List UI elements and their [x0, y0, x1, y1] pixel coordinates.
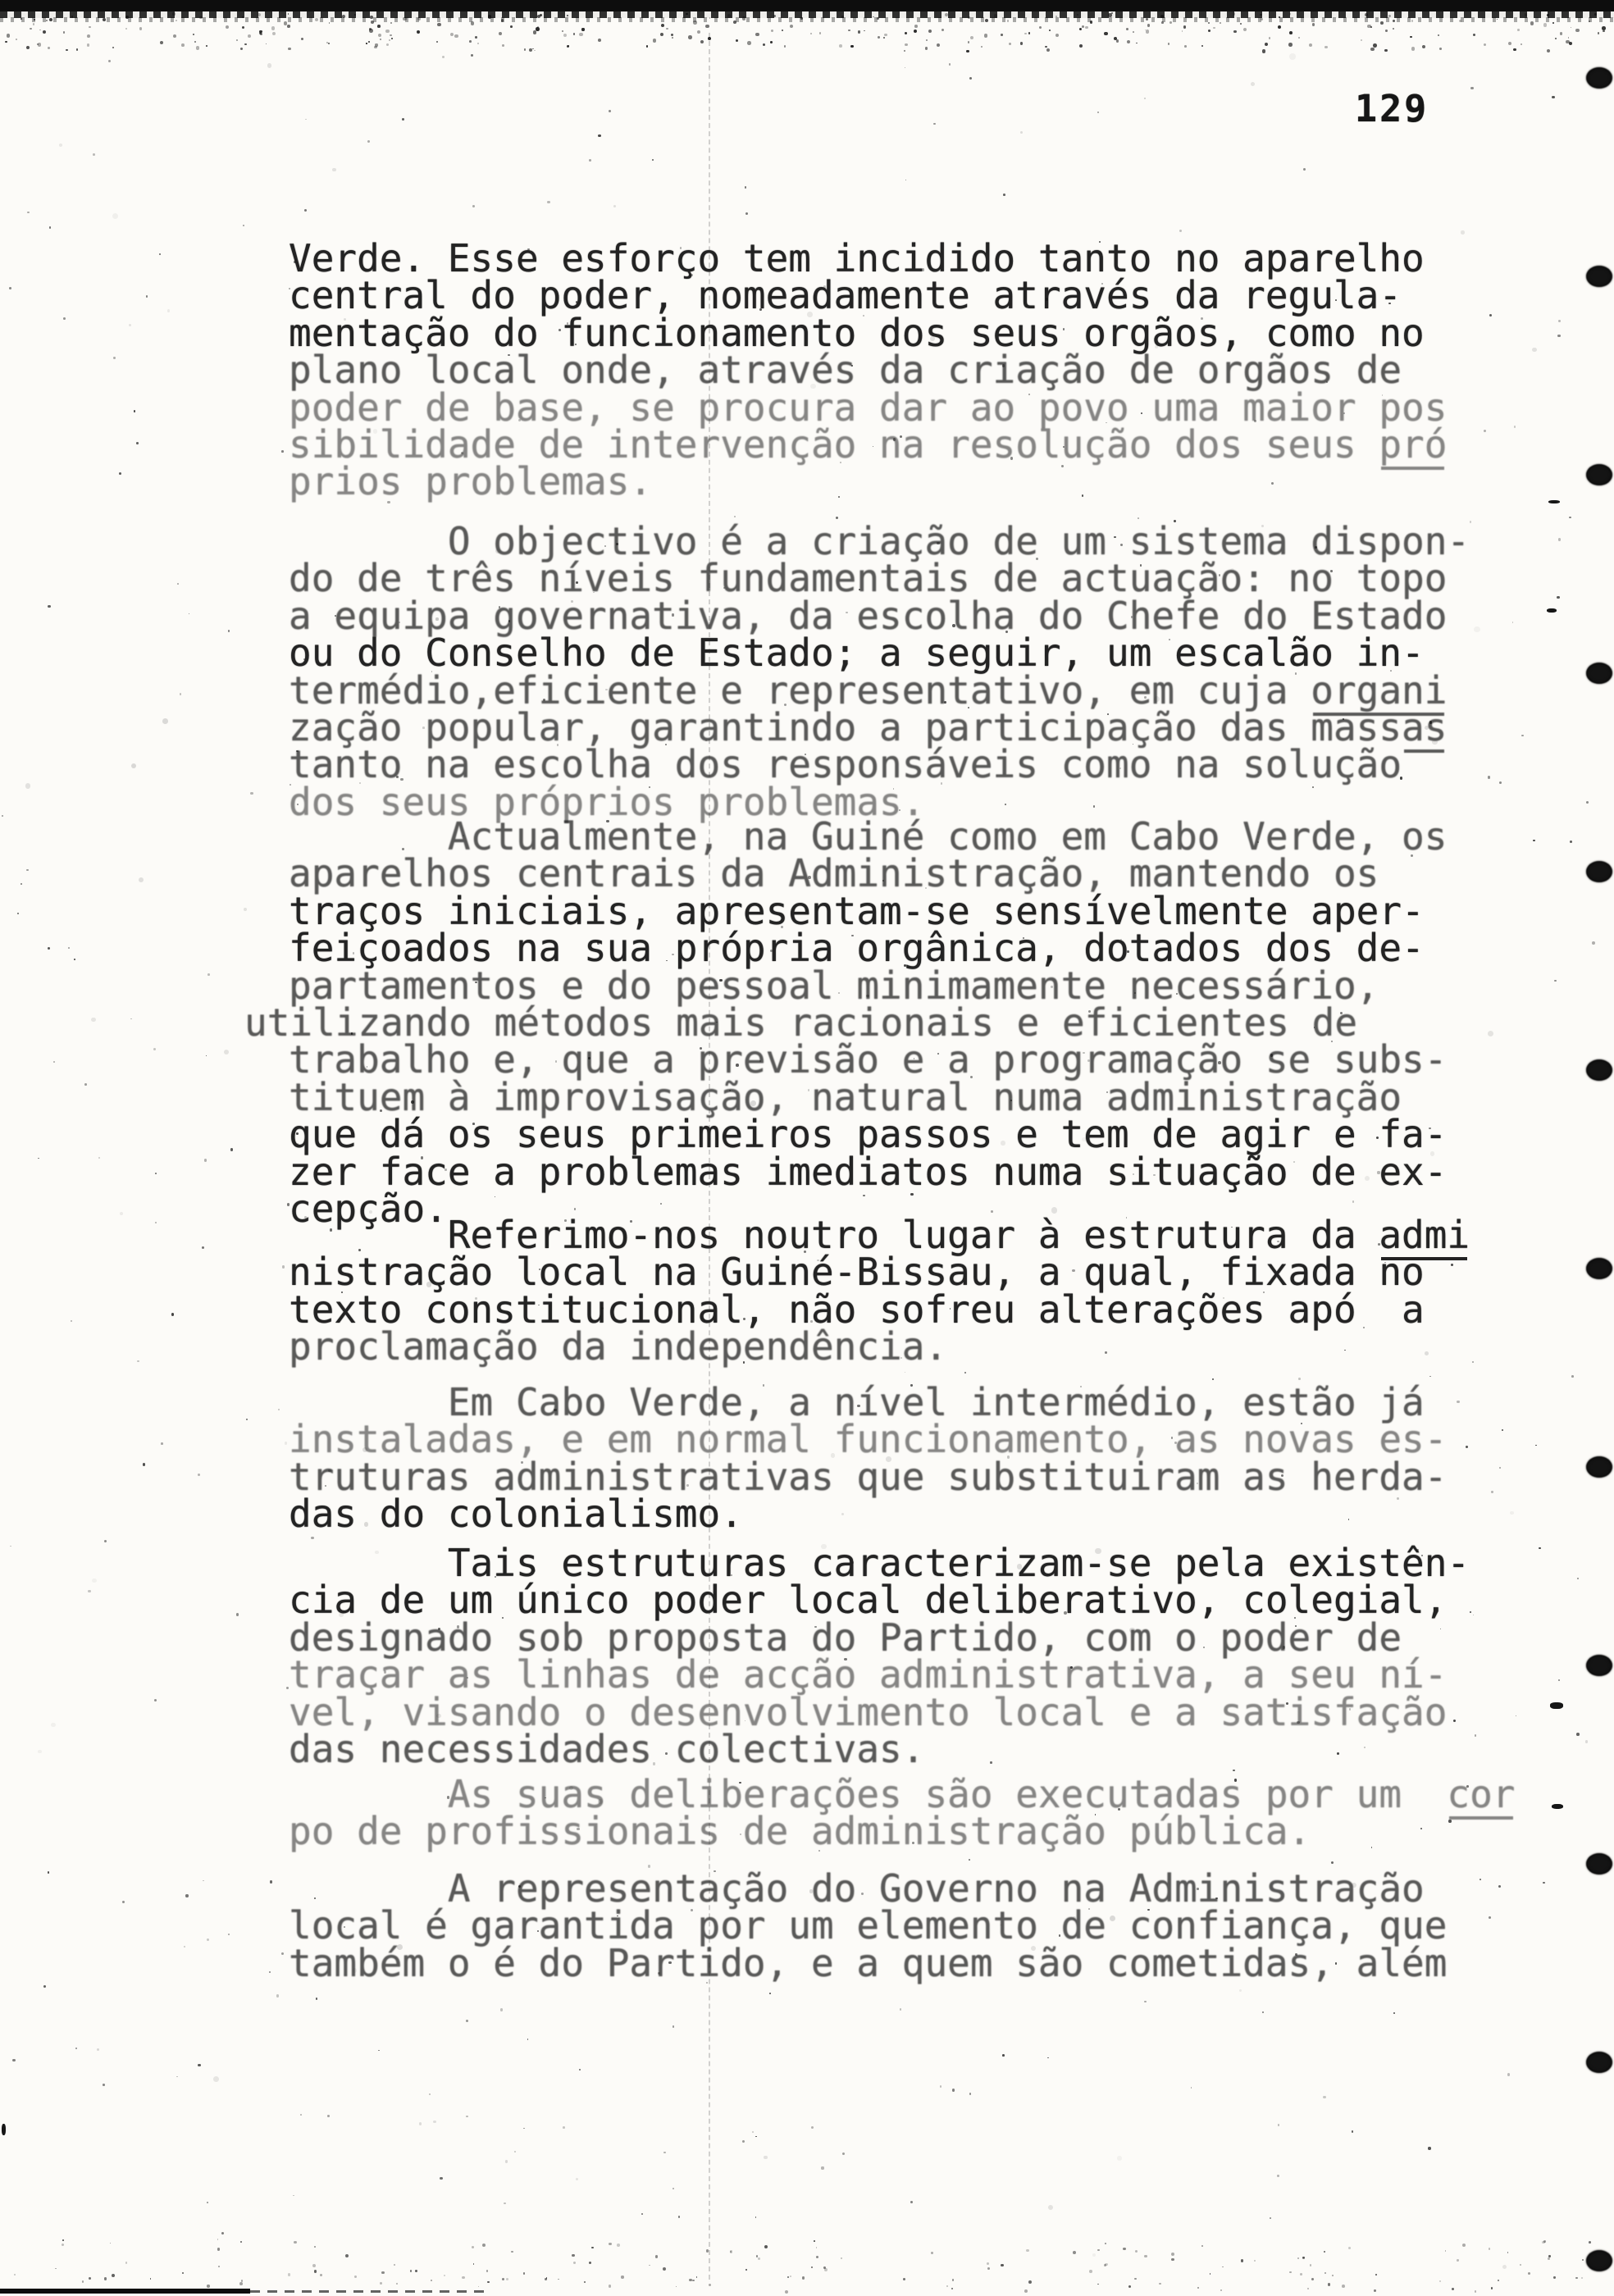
binding-hole-mark — [1586, 663, 1612, 684]
noise-speck — [463, 1305, 466, 1308]
noise-speck — [1352, 1883, 1356, 1888]
typed-line: das necessidades colectivas. — [289, 1731, 1470, 1768]
noise-speck — [653, 39, 656, 42]
noise-speck — [1270, 1054, 1274, 1057]
noise-speck — [1475, 2290, 1477, 2293]
noise-speck — [171, 1313, 174, 1315]
noise-speck — [1120, 939, 1122, 941]
noise-speck — [87, 43, 90, 47]
noise-speck — [759, 308, 762, 311]
noise-speck — [472, 2246, 474, 2248]
noise-speck — [844, 1658, 846, 1660]
noise-speck — [217, 2248, 220, 2250]
noise-speck — [1105, 2243, 1106, 2244]
noise-speck — [1073, 2251, 1076, 2254]
noise-speck — [910, 2201, 913, 2203]
noise-speck — [1171, 2258, 1174, 2261]
noise-speck — [1499, 781, 1502, 784]
binding-hole-mark — [1586, 1853, 1612, 1875]
noise-speck — [886, 1456, 891, 1462]
paragraph: O objectivo é a criação de um sistema di… — [289, 523, 1470, 821]
noise-speck — [1380, 21, 1384, 25]
noise-speck — [1566, 40, 1569, 43]
noise-speck — [810, 1320, 813, 1323]
noise-speck — [893, 438, 896, 440]
typed-line: das do colonialismo. — [289, 1496, 1447, 1533]
typed-line: vel, visando o desenvolvimento local e a… — [289, 1694, 1470, 1731]
noise-speck — [1088, 1908, 1090, 1910]
noise-speck — [1183, 25, 1187, 29]
noise-speck — [180, 2289, 182, 2292]
noise-speck — [617, 2244, 620, 2247]
noise-speck — [48, 1871, 49, 1873]
typed-line: truturas administrativas que substituira… — [289, 1459, 1447, 1496]
noise-speck — [122, 1901, 125, 1903]
noise-speck — [1117, 1608, 1119, 1610]
noise-speck — [808, 876, 811, 879]
noise-speck — [1552, 96, 1554, 98]
noise-speck — [435, 617, 438, 620]
noise-speck — [1168, 43, 1169, 44]
noise-speck — [1547, 14, 1549, 16]
noise-speck — [497, 1164, 499, 1166]
noise-speck — [841, 16, 844, 18]
noise-speck — [689, 2279, 692, 2282]
noise-speck — [877, 17, 879, 20]
noise-speck — [1324, 46, 1327, 48]
noise-speck — [984, 34, 987, 37]
noise-speck — [663, 2152, 665, 2153]
noise-speck — [1105, 2263, 1108, 2266]
noise-speck — [437, 23, 440, 26]
noise-speck — [1128, 2285, 1131, 2288]
noise-speck — [758, 2257, 760, 2260]
noise-speck — [12, 2059, 16, 2062]
noise-speck — [567, 15, 568, 16]
typed-line: poder de base, se procura dar ao povo um… — [289, 389, 1447, 426]
noise-speck — [475, 1297, 477, 1300]
noise-speck — [1439, 48, 1442, 50]
noise-speck — [353, 952, 354, 954]
noise-speck — [339, 1613, 344, 1618]
noise-speck — [499, 606, 501, 608]
noise-speck — [26, 869, 29, 872]
noise-speck — [1429, 1127, 1430, 1129]
typed-line: a equipa governativa, da escolha do Chef… — [289, 598, 1470, 635]
noise-speck — [1283, 1646, 1285, 1648]
noise-speck — [199, 16, 202, 19]
typed-line: O objectivo é a criação de um sistema di… — [289, 523, 1470, 560]
noise-speck — [878, 36, 880, 39]
noise-speck — [1289, 2271, 1291, 2273]
noise-speck — [1311, 2278, 1314, 2280]
noise-speck — [366, 43, 367, 44]
noise-speck — [161, 1442, 163, 1445]
noise-speck — [1470, 521, 1471, 522]
noise-speck — [82, 2280, 84, 2282]
noise-speck — [559, 329, 561, 331]
noise-speck — [92, 1578, 96, 1583]
noise-speck — [1323, 2096, 1326, 2099]
noise-speck — [258, 13, 261, 16]
noise-speck — [556, 1591, 559, 1594]
typed-line: utilizando métodos mais racionais e efic… — [244, 1004, 1447, 1041]
noise-speck — [1239, 1989, 1242, 1992]
noise-speck — [93, 153, 95, 156]
noise-speck — [38, 1750, 42, 1754]
noise-speck — [969, 1859, 970, 1861]
noise-speck — [1521, 43, 1522, 45]
noise-speck — [103, 2084, 104, 2085]
binding-hole-mark — [1586, 1258, 1612, 1279]
noise-speck — [863, 1195, 865, 1197]
noise-speck — [511, 2251, 513, 2253]
noise-speck — [573, 2262, 576, 2264]
binding-hole-mark — [1586, 861, 1612, 882]
noise-speck — [990, 1761, 992, 1763]
noise-speck — [805, 754, 806, 755]
noise-speck — [533, 1569, 536, 1572]
noise-speck — [1326, 381, 1328, 383]
typed-line: local é garantida por um elemento de con… — [289, 1907, 1447, 1944]
noise-speck — [839, 44, 842, 48]
noise-speck — [567, 322, 568, 324]
noise-speck — [829, 1573, 831, 1574]
noise-speck — [1174, 1442, 1177, 1444]
typed-line: Em Cabo Verde, a nível intermédio, estão… — [289, 1384, 1447, 1421]
noise-speck — [236, 1613, 239, 1616]
noise-speck — [1220, 22, 1221, 24]
noise-speck — [1378, 1243, 1380, 1246]
noise-speck — [1342, 2285, 1345, 2288]
noise-speck — [461, 452, 463, 454]
noise-speck — [964, 1372, 966, 1373]
noise-speck — [1576, 1733, 1580, 1736]
noise-speck — [1439, 2280, 1441, 2282]
noise-speck — [1007, 20, 1009, 21]
typed-line: aparelhos centrais da Administração, man… — [289, 855, 1447, 892]
scanned-page: 129 Verde. Esse esforço tem incidido tan… — [0, 0, 1614, 2296]
noise-speck — [770, 950, 773, 952]
noise-speck — [1428, 2147, 1430, 2149]
crease-line — [709, 33, 710, 2280]
ink-speck — [2, 2124, 6, 2135]
noise-speck — [440, 2177, 442, 2180]
noise-speck — [945, 13, 948, 16]
noise-speck — [506, 2278, 508, 2280]
noise-speck — [1138, 517, 1139, 519]
noise-speck — [1002, 2054, 1005, 2057]
noise-speck — [241, 2280, 243, 2281]
noise-speck — [966, 50, 969, 53]
noise-speck — [584, 2281, 586, 2283]
noise-speck — [1303, 168, 1306, 171]
ink-speck — [1548, 500, 1560, 503]
noise-speck — [970, 1076, 973, 1078]
noise-speck — [1598, 32, 1600, 34]
noise-speck — [240, 2241, 242, 2243]
binding-hole-mark — [1586, 67, 1612, 89]
noise-speck — [153, 1048, 156, 1050]
noise-speck — [858, 30, 860, 33]
noise-speck — [1046, 298, 1049, 301]
noise-speck — [1461, 230, 1464, 234]
noise-speck — [1116, 39, 1119, 42]
noise-speck — [1340, 1012, 1343, 1014]
noise-speck — [287, 25, 290, 28]
noise-speck — [189, 613, 190, 615]
noise-speck — [1055, 16, 1057, 17]
noise-speck — [1390, 670, 1392, 672]
noise-speck — [1432, 740, 1438, 745]
noise-speck — [68, 947, 70, 949]
noise-speck — [30, 28, 31, 30]
noise-speck — [562, 30, 563, 32]
noise-speck — [1502, 2265, 1507, 2269]
underlined-text: cor — [1447, 1772, 1515, 1816]
noise-speck — [1543, 2240, 1546, 2243]
noise-speck — [663, 2267, 666, 2271]
noise-speck — [1135, 2250, 1138, 2253]
noise-speck — [579, 2069, 581, 2070]
noise-speck — [1553, 2276, 1555, 2278]
noise-speck — [410, 2270, 413, 2272]
noise-speck — [1377, 1171, 1379, 1173]
noise-speck — [752, 2131, 754, 2133]
noise-speck — [139, 877, 144, 882]
typed-line: As suas deliberações são executadas por … — [289, 1776, 1516, 1813]
noise-speck — [1513, 48, 1516, 52]
typed-line: também o é do Partido, e a quem são come… — [289, 1945, 1447, 1982]
noise-speck — [330, 1228, 332, 1231]
typed-line: tanto na escolha dos responsáveis como n… — [289, 746, 1470, 783]
noise-speck — [380, 2282, 382, 2285]
noise-speck — [66, 49, 67, 51]
noise-speck — [899, 809, 900, 811]
noise-speck — [362, 1928, 363, 1929]
noise-speck — [1474, 626, 1479, 632]
noise-speck — [1154, 696, 1160, 702]
noise-speck — [1201, 317, 1203, 320]
noise-speck — [1001, 34, 1002, 35]
typed-line: texto constitucional, não sofreu alteraç… — [289, 1291, 1470, 1328]
typed-line: feiçoados na sua própria orgânica, dotad… — [289, 930, 1447, 967]
noise-speck — [267, 63, 272, 68]
noise-speck — [655, 2255, 659, 2258]
noise-speck — [1539, 1547, 1540, 1549]
noise-speck — [925, 47, 928, 49]
noise-speck — [1310, 2264, 1311, 2266]
noise-speck — [621, 2275, 623, 2278]
noise-speck — [422, 727, 425, 729]
noise-speck — [1429, 721, 1433, 724]
noise-speck — [1010, 1100, 1012, 1101]
noise-speck — [1197, 1483, 1198, 1484]
noise-speck — [33, 23, 34, 25]
noise-speck — [1557, 596, 1559, 599]
noise-speck — [1161, 21, 1164, 24]
noise-speck — [1263, 1291, 1265, 1293]
noise-speck — [76, 48, 78, 50]
noise-speck — [417, 17, 421, 20]
noise-speck — [810, 384, 815, 389]
noise-speck — [723, 587, 725, 589]
scan-edge-bottom — [0, 2289, 250, 2294]
noise-speck — [1603, 30, 1605, 33]
noise-speck — [297, 804, 299, 805]
noise-speck — [1475, 1734, 1477, 1737]
noise-speck — [1039, 26, 1042, 29]
noise-speck — [1532, 348, 1537, 353]
noise-speck — [658, 1972, 660, 1975]
typed-line: Tais estruturas caracterizam-se pela exi… — [289, 1545, 1470, 1582]
noise-speck — [1201, 2245, 1203, 2247]
noise-speck — [1001, 1141, 1005, 1146]
noise-speck — [160, 41, 163, 44]
noise-speck — [1335, 299, 1337, 301]
noise-speck — [380, 39, 381, 40]
noise-speck — [970, 36, 973, 39]
noise-speck — [671, 34, 673, 36]
noise-speck — [198, 2064, 200, 2066]
noise-speck — [143, 1463, 145, 1465]
noise-speck — [387, 501, 390, 504]
noise-speck — [250, 792, 253, 795]
noise-speck — [1059, 1934, 1061, 1937]
noise-speck — [16, 39, 17, 40]
noise-speck — [1530, 21, 1534, 25]
noise-speck — [271, 26, 275, 30]
noise-speck — [230, 1148, 233, 1150]
noise-speck — [1049, 30, 1051, 31]
typed-line: cia de um único poder local deliberativo… — [289, 1582, 1470, 1619]
noise-speck — [1159, 2283, 1161, 2285]
noise-speck — [296, 1132, 299, 1135]
paragraph: Em Cabo Verde, a nível intermédio, estão… — [289, 1384, 1447, 1533]
typed-line: que dá os seus primeiros passos e tem de… — [289, 1116, 1447, 1153]
noise-speck — [27, 212, 29, 213]
noise-speck — [937, 1053, 939, 1055]
noise-speck — [51, 1723, 56, 1728]
noise-speck — [1466, 1446, 1468, 1448]
noise-speck — [1312, 786, 1314, 788]
noise-speck — [1525, 13, 1528, 16]
noise-speck — [457, 1625, 460, 1629]
noise-speck — [341, 1291, 343, 1293]
noise-speck — [1233, 12, 1235, 15]
noise-speck — [21, 18, 22, 20]
paragraph: Verde. Esse esforço tem incidido tanto n… — [289, 240, 1447, 501]
paragraph: As suas deliberações são executadas por … — [289, 1776, 1516, 1851]
typed-line: A representação do Governo na Administra… — [289, 1870, 1447, 1907]
noise-speck — [162, 718, 168, 724]
noise-speck — [500, 2008, 503, 2011]
noise-speck — [613, 205, 616, 207]
noise-speck — [7, 34, 10, 37]
noise-speck — [1184, 45, 1187, 48]
noise-speck — [1457, 2259, 1459, 2262]
noise-speck — [944, 701, 946, 703]
noise-speck — [1298, 1378, 1301, 1380]
typed-line: traços iniciais, apresentam-se sensívelm… — [289, 893, 1447, 930]
noise-speck — [394, 2264, 395, 2266]
noise-speck — [469, 40, 472, 43]
binding-hole-mark — [1586, 266, 1612, 287]
noise-speck — [1133, 31, 1134, 33]
noise-speck — [1331, 1861, 1334, 1864]
noise-speck — [1543, 23, 1547, 26]
noise-speck — [1087, 1059, 1090, 1062]
noise-speck — [914, 25, 918, 28]
noise-speck — [1095, 1548, 1101, 1554]
noise-speck — [941, 29, 944, 31]
noise-speck — [1300, 2273, 1302, 2275]
noise-speck — [1586, 801, 1589, 804]
noise-speck — [1001, 2264, 1003, 2266]
binding-hole-mark — [1586, 2250, 1612, 2271]
noise-speck — [719, 979, 722, 982]
typed-line: sibilidade de intervenção na resolução d… — [289, 426, 1447, 463]
noise-speck — [290, 784, 291, 786]
noise-speck — [1348, 2247, 1351, 2249]
noise-speck — [288, 13, 290, 15]
noise-speck — [104, 1540, 107, 1542]
noise-speck — [1517, 29, 1520, 31]
noise-speck — [202, 1246, 204, 1249]
noise-speck — [714, 1106, 718, 1109]
noise-speck — [1213, 27, 1215, 29]
noise-speck — [172, 12, 175, 15]
noise-speck — [814, 2240, 815, 2242]
noise-speck — [579, 33, 583, 37]
noise-speck — [734, 516, 736, 517]
noise-speck — [1293, 1161, 1295, 1163]
noise-speck — [1107, 713, 1109, 715]
noise-speck — [743, 1361, 745, 1363]
noise-speck — [342, 15, 345, 18]
noise-speck — [1026, 2249, 1029, 2253]
noise-speck — [1218, 1061, 1221, 1064]
noise-speck — [1020, 42, 1023, 44]
noise-speck — [49, 18, 52, 21]
ink-speck — [1550, 1702, 1563, 1709]
noise-speck — [1289, 53, 1295, 59]
noise-speck — [1425, 1351, 1429, 1355]
noise-speck — [119, 472, 121, 475]
noise-speck — [403, 17, 406, 20]
noise-speck — [1410, 36, 1411, 38]
noise-speck — [426, 1282, 432, 1287]
noise-speck — [985, 19, 988, 22]
noise-speck — [134, 410, 136, 412]
noise-speck — [653, 1762, 656, 1765]
noise-speck — [207, 2285, 209, 2287]
noise-speck — [108, 60, 111, 62]
ink-speck — [1547, 608, 1557, 613]
noise-speck — [499, 32, 502, 35]
noise-speck — [431, 2280, 432, 2281]
noise-speck — [1129, 1628, 1134, 1633]
noise-speck — [1179, 230, 1182, 232]
paragraph: Tais estruturas caracterizam-se pela exi… — [289, 1545, 1470, 1768]
noise-speck — [1301, 1423, 1302, 1424]
noise-speck — [597, 941, 600, 944]
noise-speck — [447, 1796, 449, 1798]
noise-speck — [750, 1100, 756, 1106]
noise-speck — [609, 2285, 611, 2287]
noise-speck — [510, 25, 513, 28]
typed-line: instaladas, e em normal funcionamento, a… — [289, 1421, 1447, 1458]
